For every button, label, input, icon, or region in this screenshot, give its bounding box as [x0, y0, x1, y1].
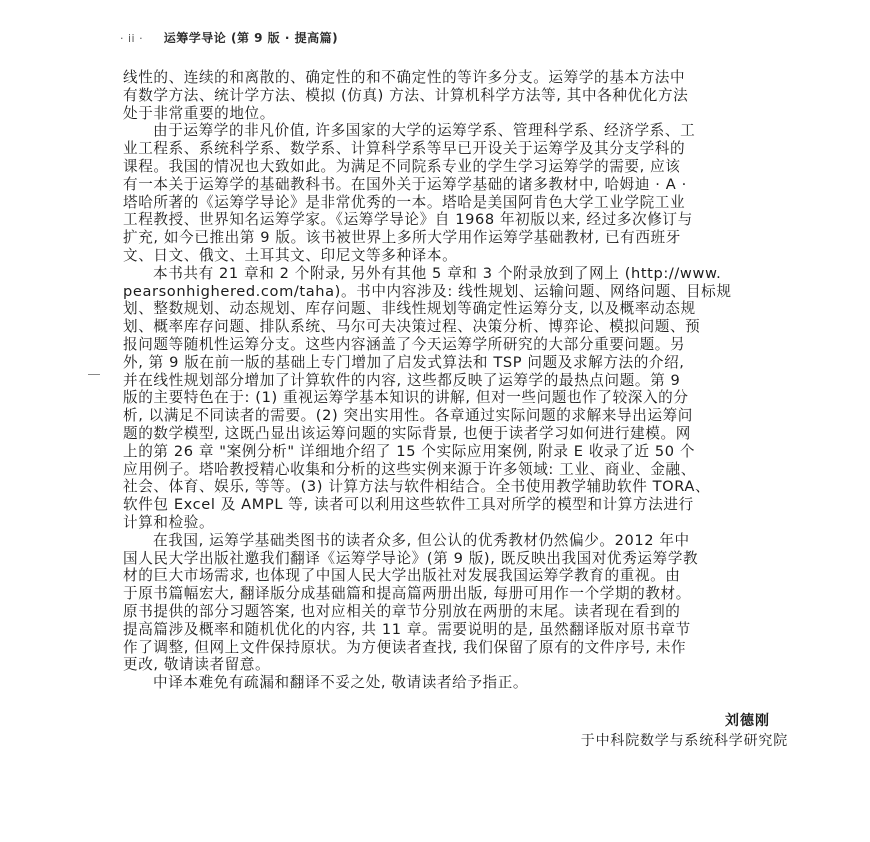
preface-body: 线性的、连续的和离散的、确定性的和不确定性的等许多分支。运筹学的基本方法中有数学… [123, 69, 799, 692]
paragraph: 在我国, 运筹学基础类图书的读者众多, 但公认的优秀教材仍然偏少。2012 年中… [123, 532, 799, 674]
text-line: 外, 第 9 版在前一版的基础上专门增加了启发式算法和 TSP 问题及求解方法的… [123, 354, 799, 372]
paragraph: 线性的、连续的和离散的、确定性的和不确定性的等许多分支。运筹学的基本方法中有数学… [123, 69, 799, 122]
text-line: 提高篇涉及概率和随机优化的内容, 共 11 章。需要说明的是, 虽然翻译版对原书… [123, 621, 799, 639]
margin-mark [88, 374, 100, 375]
text-line: 报问题等随机性运筹分支。这些内容涵盖了今天运筹学所研究的大部分重要问题。另 [123, 336, 799, 354]
text-line: 有数学方法、统计学方法、模拟 (仿真) 方法、计算机科学方法等, 其中各种优化方… [123, 87, 799, 105]
text-line: 有一本关于运筹学的基础教科书。在国外关于运筹学基础的诸多教材中, 哈姆迪 · A… [123, 176, 799, 194]
text-line: 原书提供的部分习题答案, 也对应相关的章节分别放在两册的末尾。读者现在看到的 [123, 603, 799, 621]
text-line: 课程。我国的情况也大致如此。为满足不同院系专业的学生学习运筹学的需要, 应该 [123, 158, 799, 176]
text-line: 塔哈所著的《运筹学导论》是非常优秀的一本。塔哈是美国阿肯色大学工业学院工业 [123, 194, 799, 212]
text-line: 上的第 26 章 "案例分析" 详细地介绍了 15 个实际应用案例, 附录 E … [123, 443, 799, 461]
text-line: 由于运筹学的非凡价值, 许多国家的大学的运筹学系、管理科学系、经济学系、工 [123, 122, 799, 140]
text-line: 线性的、连续的和离散的、确定性的和不确定性的等许多分支。运筹学的基本方法中 [123, 69, 799, 87]
book-title: 运筹学导论 (第 9 版 · 提高篇) [164, 31, 338, 45]
text-line: 划、概率库存问题、排队系统、马尔可夫决策过程、决策分析、博弈论、模拟问题、预 [123, 318, 799, 336]
text-line: 材的巨大市场需求, 也体现了中国人民大学出版社对发展我国运筹学教育的重视。由 [123, 567, 799, 585]
paragraph: 由于运筹学的非凡价值, 许多国家的大学的运筹学系、管理科学系、经济学系、工业工程… [123, 122, 799, 264]
text-line: 文、日文、俄文、土耳其文、印尼文等多种译本。 [123, 247, 799, 265]
author-name: 刘德刚 [581, 711, 770, 731]
text-line: 划、整数规划、动态规划、库存问题、非线性规划等确定性运筹分支, 以及概率动态规 [123, 300, 799, 318]
text-line: 在我国, 运筹学基础类图书的读者众多, 但公认的优秀教材仍然偏少。2012 年中 [123, 532, 799, 550]
page-number: · ii · [120, 32, 143, 45]
text-line: 中译本难免有疏漏和翻译不妥之处, 敬请读者给予指正。 [123, 674, 799, 692]
text-line: 业工程系、系统科学系、数学系、计算科学系等早已开设关于运筹学及其分支学科的 [123, 140, 799, 158]
text-line: 软件包 Excel 及 AMPL 等, 读者可以利用这些软件工具对所学的模型和计… [123, 496, 799, 514]
text-line: 计算和检验。 [123, 514, 799, 532]
running-head: · ii · 运筹学导论 (第 9 版 · 提高篇) [120, 29, 338, 46]
author-affiliation: 于中科院数学与系统科学研究院 [581, 731, 788, 751]
text-line: 更改, 敬请读者留意。 [123, 656, 799, 674]
text-line: 社会、体育、娱乐, 等等。(3) 计算方法与软件相结合。全书使用教学辅助软件 T… [123, 478, 799, 496]
document-page: · ii · 运筹学导论 (第 9 版 · 提高篇) 线性的、连续的和离散的、确… [0, 0, 870, 842]
text-line: pearsonhighered.com/taha)。书中内容涉及: 线性规划、运… [123, 283, 799, 301]
text-line: 版的主要特色在于: (1) 重视运筹学基本知识的讲解, 但对一些问题也作了较深入… [123, 389, 799, 407]
signature-block: 刘德刚 于中科院数学与系统科学研究院 [581, 711, 770, 751]
text-line: 并在线性规划部分增加了计算软件的内容, 这些都反映了运筹学的最热点问题。第 9 [123, 372, 799, 390]
text-line: 题的数学模型, 这既凸显出该运筹问题的实际背景, 也便于读者学习如何进行建模。网 [123, 425, 799, 443]
text-line: 应用例子。塔哈教授精心收集和分析的这些实例来源于许多领域: 工业、商业、金融、 [123, 461, 799, 479]
text-line: 于原书篇幅宏大, 翻译版分成基础篇和提高篇两册出版, 每册可用作一个学期的教材。 [123, 585, 799, 603]
text-line: 作了调整, 但网上文件保持原状。为方便读者查找, 我们保留了原有的文件序号, 未… [123, 639, 799, 657]
text-line: 国人民大学出版社邀我们翻译《运筹学导论》(第 9 版), 既反映出我国对优秀运筹… [123, 550, 799, 568]
text-line: 本书共有 21 章和 2 个附录, 另外有其他 5 章和 3 个附录放到了网上 … [123, 265, 799, 283]
paragraph: 中译本难免有疏漏和翻译不妥之处, 敬请读者给予指正。 [123, 674, 799, 692]
text-line: 处于非常重要的地位。 [123, 105, 799, 123]
paragraph: 本书共有 21 章和 2 个附录, 另外有其他 5 章和 3 个附录放到了网上 … [123, 265, 799, 532]
text-line: 析, 以满足不同读者的需要。(2) 突出实用性。各章通过实际问题的求解来导出运筹… [123, 407, 799, 425]
text-line: 扩充, 如今已推出第 9 版。该书被世界上多所大学用作运筹学基础教材, 已有西班… [123, 229, 799, 247]
text-line: 工程教授、世界知名运筹学家。《运筹学导论》自 1968 年初版以来, 经过多次修… [123, 211, 799, 229]
